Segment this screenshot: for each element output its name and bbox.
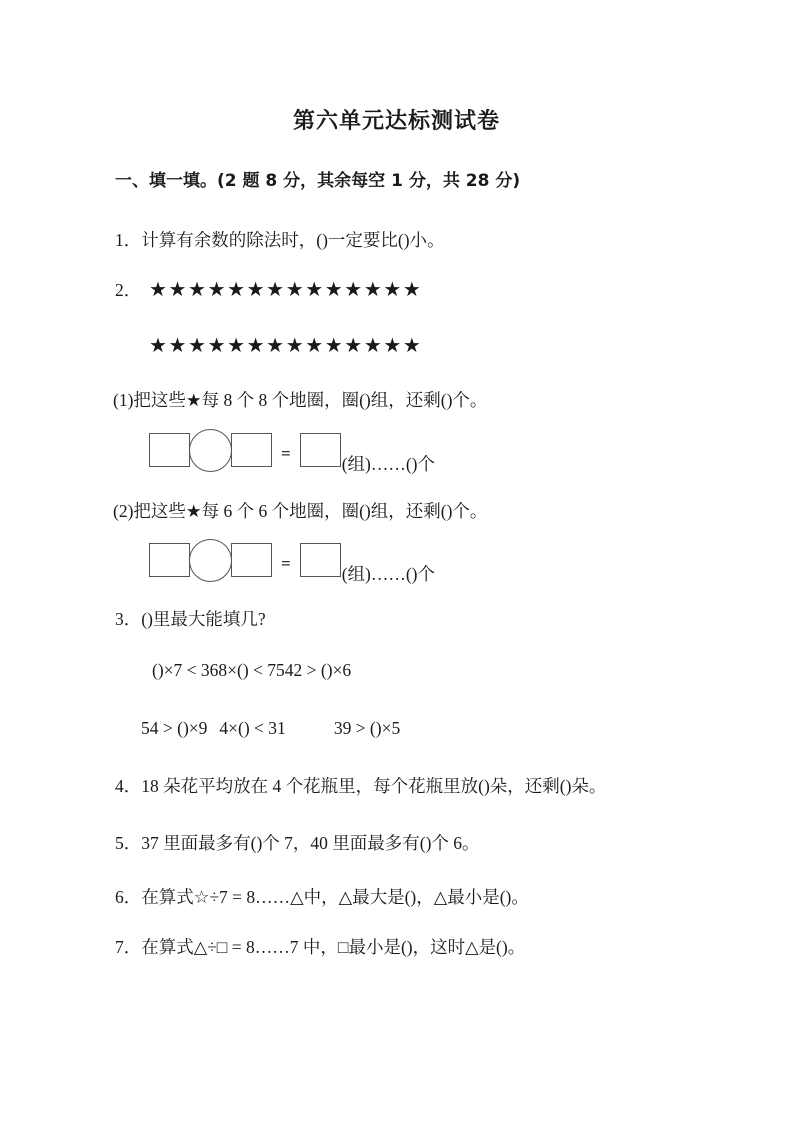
star-row-icons: ★★★★★★★★★★★★★★ [149, 332, 422, 358]
question-4: 4．18 朵花平均放在 4 个花瓶里，每个花瓶里放()朵，还剩()朵。 [115, 774, 606, 798]
equals-sign: = [281, 554, 291, 574]
blank-square-icon [300, 543, 341, 577]
document-page: 第六单元达标测试卷 一、填一填。(2 题 8 分，其余每空 1 分，共 28 分… [0, 0, 793, 1122]
expression-segment: 4×() < 31 [219, 716, 285, 740]
question-2-star-row-2: ★★★★★★★★★★★★★★ [149, 332, 422, 358]
question-5: 5．37 里面最多有()个 7，40 里面最多有()个 6。 [115, 831, 480, 855]
question-7: 7．在算式△÷□ = 8……7 中，□最小是()，这时△是()。 [115, 935, 525, 959]
expression-segment: 39 > ()×5 [334, 716, 400, 740]
question-2-sub-2: (2)把这些★每 6 个 6 个地圈，圈()组，还剩()个。 [113, 499, 487, 523]
equation-suffix: (组)……()个 [342, 564, 435, 584]
blank-square-icon [231, 543, 272, 577]
page-title: 第六单元达标测试卷 [0, 108, 793, 136]
blank-circle-icon [189, 429, 232, 472]
blank-square-icon [149, 543, 190, 577]
question-1: 1．计算有余数的除法时，()一定要比()小。 [115, 228, 445, 252]
equation-suffix: (组)……()个 [342, 454, 435, 474]
question-2-star-row-1: 2． ★★★★★★★★★★★★★★ [115, 276, 422, 302]
blank-square-icon [300, 433, 341, 467]
question-6: 6．在算式☆÷7 = 8……△中，△最大是()，△最小是()。 [115, 885, 529, 909]
question-2-sub-1: (1)把这些★每 8 个 8 个地圈，圈()组，还剩()个。 [113, 388, 487, 412]
question-3-expression-line-1: ()×7 < 368×() < 7542 > ()×6 [152, 658, 351, 682]
question-3-expression-line-2: 54 > ()×9 4×() < 31 39 > ()×5 [141, 716, 400, 740]
blank-square-icon [231, 433, 272, 467]
equals-sign: = [281, 444, 291, 464]
blank-circle-icon [189, 539, 232, 582]
question-2-number: 2． [115, 277, 149, 302]
section-heading: 一、填一填。(2 题 8 分，其余每空 1 分，共 28 分) [115, 169, 520, 193]
star-row-icons: ★★★★★★★★★★★★★★ [149, 276, 422, 302]
question-3: 3．()里最大能填几? [115, 607, 266, 631]
equation-row-2: = (组)……()个 [149, 538, 435, 582]
equation-row-1: = (组)……()个 [149, 428, 435, 472]
blank-square-icon [149, 433, 190, 467]
expression-segment: 54 > ()×9 [141, 716, 207, 740]
